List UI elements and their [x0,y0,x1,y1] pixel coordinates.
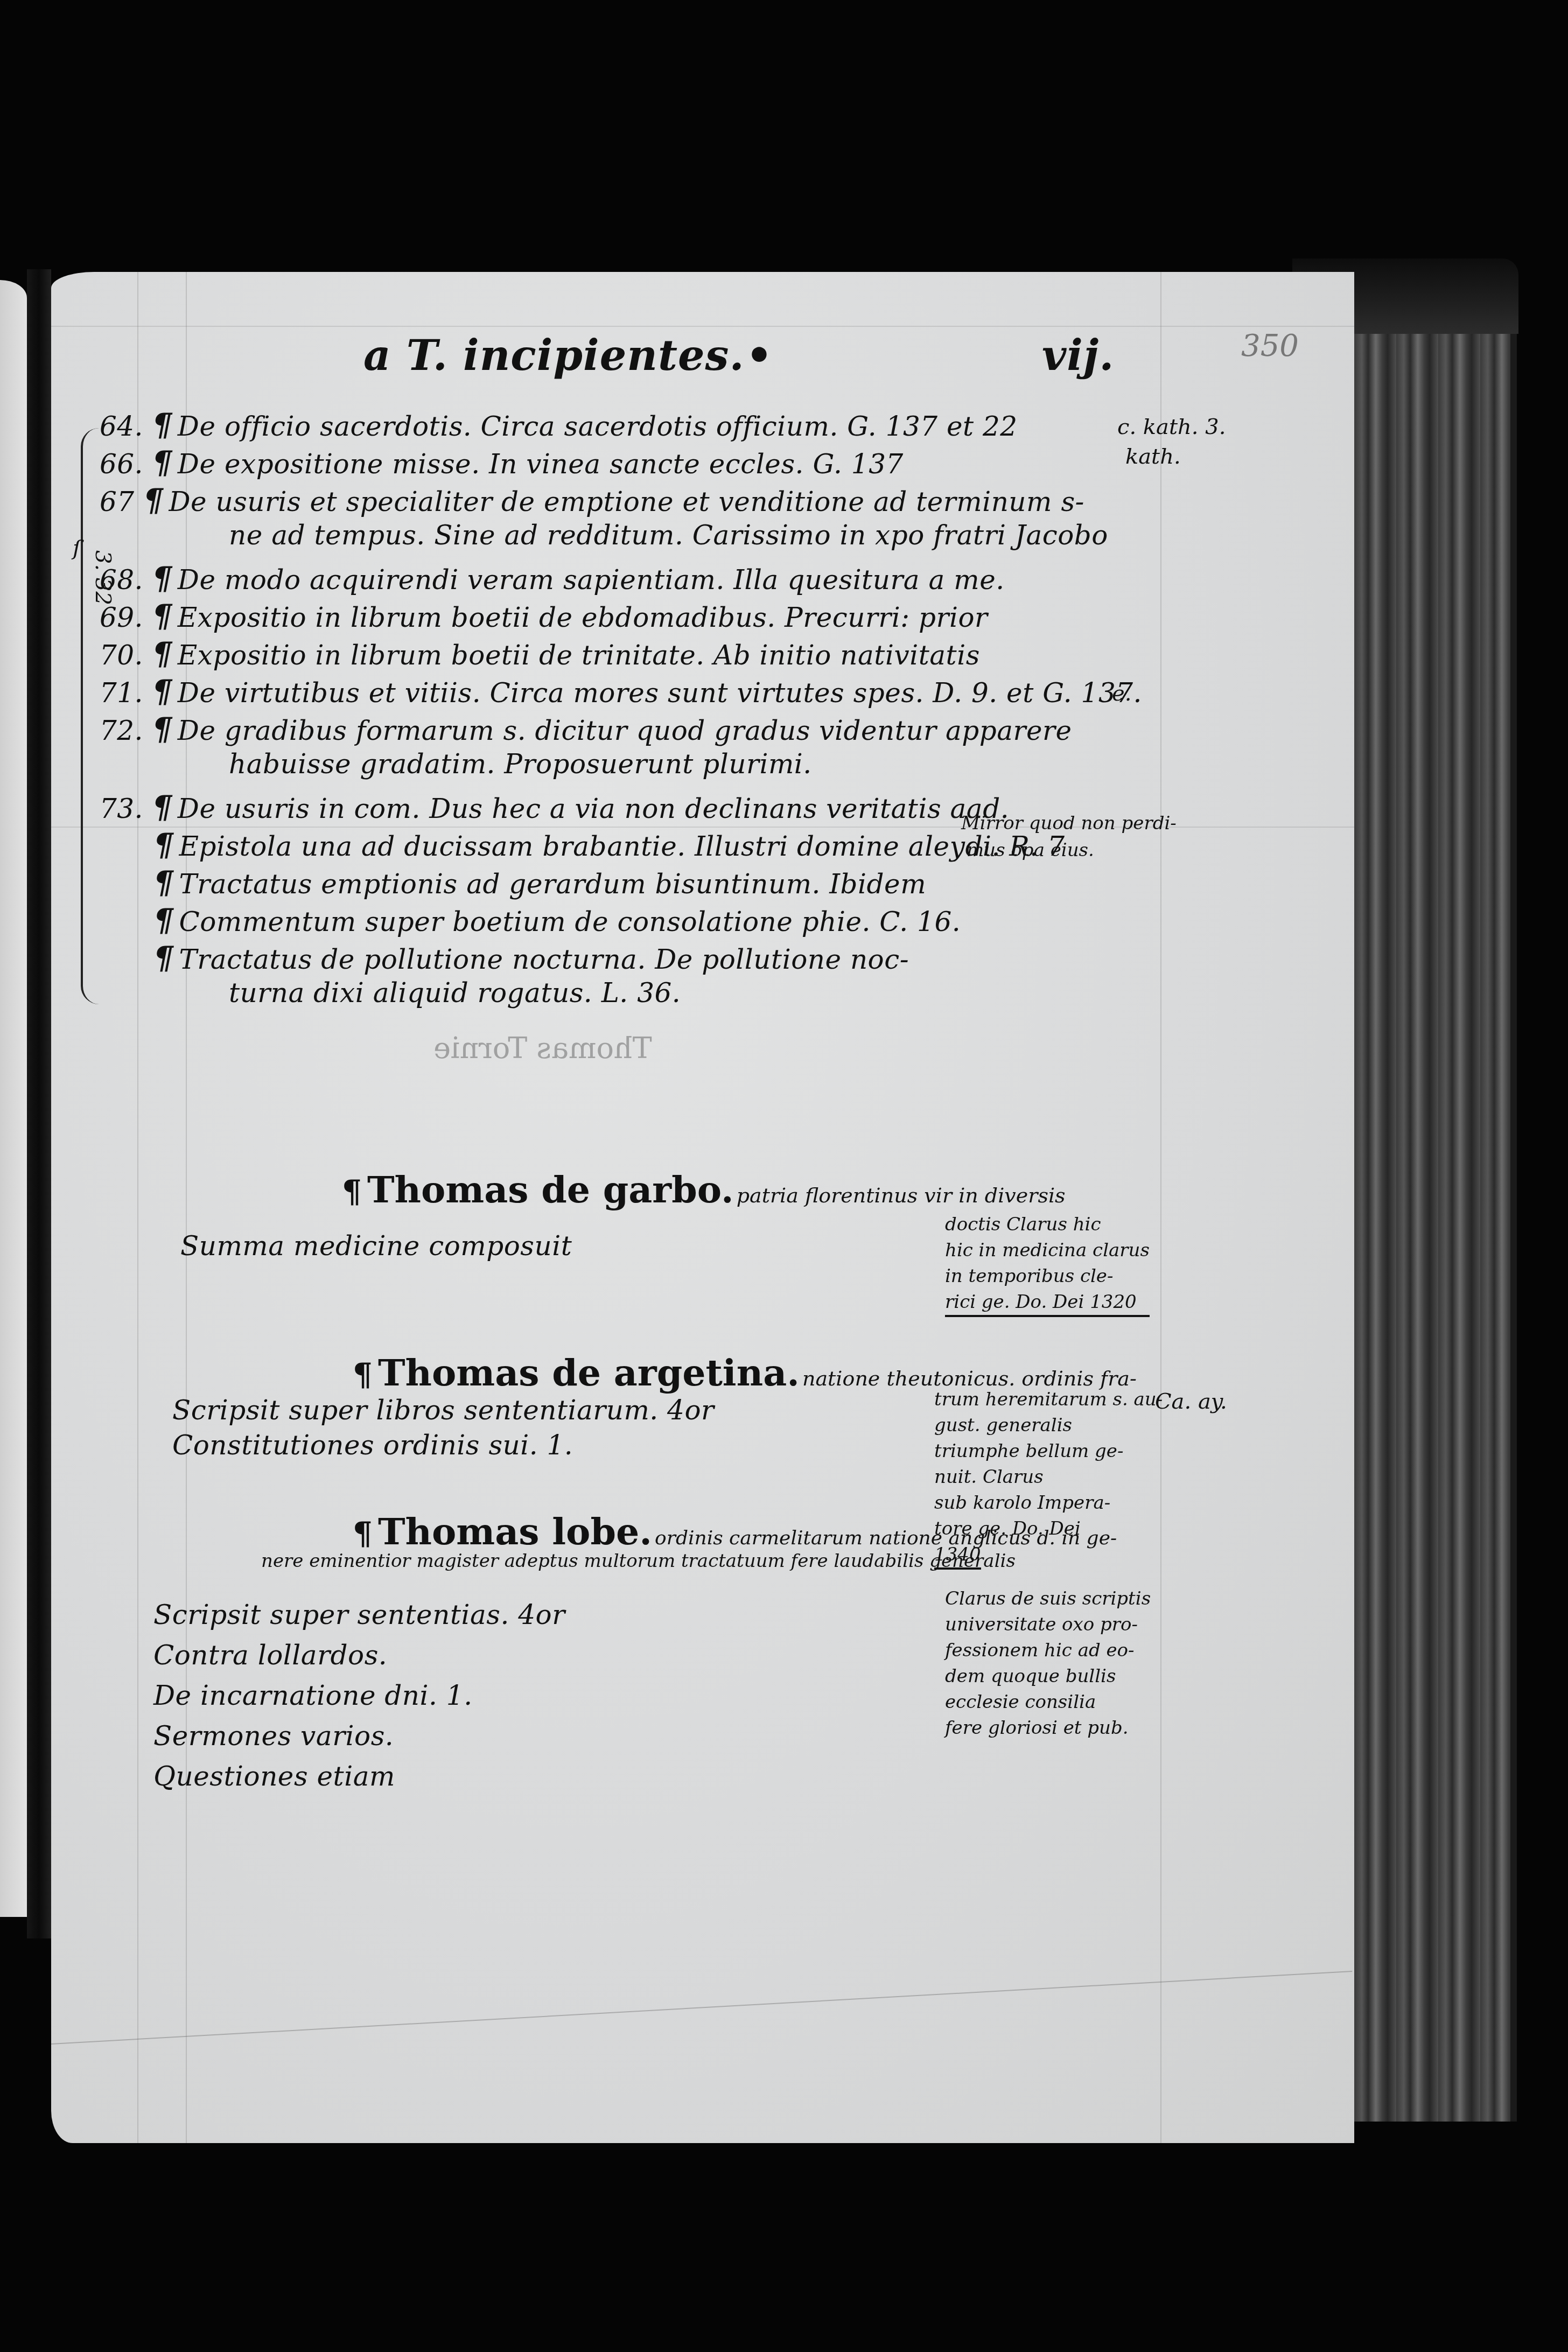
author-epithet: ordinis carmelitarum natione anglicus d.… [655,1527,1117,1549]
author-name: Thomas de argetina. [378,1352,800,1395]
pilcrow-icon: ¶ [153,940,173,976]
author-side-note: Clarus de suis scriptis universitate oxo… [945,1586,1151,1741]
work-line: Contra lollardos. [153,1640,387,1671]
work-line: Summa medicine composuit [180,1230,572,1262]
ruling-line [1160,272,1161,2143]
entry-text: Expositio in librum boetii de trinitate.… [178,640,980,671]
entry-text: turna dixi aliquid rogatus. L. 36. [229,977,681,1009]
running-title: a T. incipientes. [363,331,745,380]
entry-text: ne ad tempus. Sine ad redditum. Carissim… [229,520,1108,551]
entry-number: 69. [100,602,143,633]
entry-text: De modo acquirendi veram sapientiam. Ill… [178,564,1005,596]
entry-text: habuisse gradatim. Proposuerunt plurimi. [229,748,812,780]
entry-number: 72. [100,715,143,746]
author-side-note: doctis Clarus hic hic in medicina clarus… [945,1212,1150,1317]
pilcrow-icon: ¶ [143,482,163,519]
work-line: Scripsit super libros sententiarum. 4or [172,1395,714,1426]
work-line: Sermones varios. [153,1720,394,1752]
margin-note: Ca. ay. [1155,1389,1227,1414]
pilcrow-icon: ¶ [152,789,172,825]
entry-number: 70. [100,640,143,671]
note-line: dem quoque bullis [945,1663,1151,1689]
margin-note: c. kath. 3. [1117,415,1226,439]
entry-text: Expositio in librum boetii de ebdomadibu… [178,602,988,633]
pilcrow-icon: ¶ [153,902,173,939]
margin-mark: ſ [73,536,81,561]
entry-number: 67 [100,486,135,517]
pilcrow-icon: ¶ [152,444,172,481]
entry-text: Tractatus emptionis ad gerardum bisuntin… [179,869,926,900]
author-heading: ¶Thomas de garbo. patria florentinus vir… [342,1168,1066,1212]
pilcrow-icon: ¶ [353,1356,373,1393]
entry-number: 73. [100,793,143,824]
work-line: Scripsit super sententias. 4or [153,1599,565,1630]
margin-note: Mirror quod non perdi- [961,810,1177,836]
entry-line: ¶Commentum super boetium de consolatione… [153,902,961,939]
manuscript-page: a T. incipientes. • vij. 350 ſ 3. 32 64.… [51,272,1354,2143]
note-line: fessionem hic ad eo- [945,1637,1151,1663]
entry-line: ne ad tempus. Sine ad redditum. Carissim… [229,520,1108,551]
note-line: gust. generalis [934,1412,1163,1438]
author-heading: ¶Thomas lobe. ordinis carmelitarum natio… [353,1510,1117,1553]
author-epithet: patria florentinus vir in diversis [737,1184,1066,1207]
author-epithet-line2: nere eminentior magister adeptus multoru… [261,1548,1016,1574]
facing-page-edge [0,280,27,1917]
folio-roman: vij. [1042,331,1114,380]
entry-line: 66. ¶De expositione misse. In vinea sanc… [100,444,904,481]
pilcrow-icon: ¶ [153,827,173,863]
pilcrow-icon: ¶ [152,407,172,443]
pilcrow-icon: ¶ [152,711,172,747]
entry-text: Commentum super boetium de consolatione … [179,906,961,937]
work-line: De incarnatione dni. 1. [153,1680,473,1711]
margin-note: kath. [1125,444,1181,469]
note-line: triumphe bellum ge- [934,1438,1163,1464]
show-through-text: Thomas Tornie [433,1031,652,1065]
work-line: Questiones etiam [153,1761,395,1792]
entry-number: 68. [100,564,143,596]
pilcrow-icon: ¶ [153,864,173,901]
entry-line: 64. ¶De officio sacerdotis. Circa sacerd… [100,407,1018,443]
pilcrow-icon: ¶ [152,598,172,634]
note-line: hic in medicina clarus [945,1237,1150,1263]
note-line: Clarus de suis scriptis [945,1586,1151,1612]
book-fore-edge [1354,334,1517,2122]
entry-number: 71. [100,677,143,709]
margin-bracket [81,428,99,1004]
note-line: in temporibus cle- [945,1263,1150,1289]
entry-text: De usuris in com. Dus hec a via non decl… [178,793,1009,824]
entry-text: De virtutibus et vitiis. Circa mores sun… [178,677,1142,709]
entry-text: De officio sacerdotis. Circa sacerdotis … [178,411,1018,442]
book-gutter [27,269,51,1938]
ruling-line [186,272,187,2143]
entry-line: 68. ¶De modo acquirendi veram sapientiam… [100,560,1005,597]
page-crease [51,1971,1352,2045]
entry-number: 66. [100,449,143,480]
pilcrow-icon: ¶ [152,635,172,672]
entry-line: ¶Epistola una ad ducissam brabantie. Ill… [153,827,1065,863]
entry-text: De usuris et specialiter de emptione et … [169,486,1084,517]
folio-arabic: 350 [1241,328,1299,363]
entry-line: 69. ¶Expositio in librum boetii de ebdom… [100,598,988,634]
entry-text: De gradibus formarum s. dicitur quod gra… [178,715,1072,746]
pilcrow-icon: ¶ [152,560,172,597]
entry-line: 72. ¶De gradibus formarum s. dicitur quo… [100,711,1072,747]
entry-line: turna dixi aliquid rogatus. L. 36. [229,977,681,1009]
entry-line: 70. ¶Expositio in librum boetii de trini… [100,635,980,672]
pilcrow-icon: ¶ [353,1515,373,1552]
note-line: fere gloriosi et pub. [945,1715,1151,1741]
entry-text: De expositione misse. In vinea sancte ec… [178,449,904,480]
gathering-mark: • [746,331,773,380]
ruling-line [137,272,138,2143]
entry-line: ¶Tractatus de pollutione nocturna. De po… [153,940,909,976]
entry-line: habuisse gradatim. Proposuerunt plurimi. [229,748,812,780]
margin-note: e. [1112,681,1131,706]
entry-line: ¶Tractatus emptionis ad gerardum bisunti… [153,864,926,901]
entry-number: 64. [100,411,143,442]
entry-line: 73. ¶De usuris in com. Dus hec a via non… [100,789,1009,825]
entry-text: Epistola una ad ducissam brabantie. Illu… [179,831,1065,862]
pilcrow-icon: ¶ [152,673,172,710]
note-line: trum heremitarum s. au- [934,1387,1163,1412]
entry-line: 71. ¶De virtutibus et vitiis. Circa more… [100,673,1142,710]
entry-text: Tractatus de pollutione nocturna. De pol… [179,944,909,975]
note-line: rici ge. Do. Dei 1320 [945,1289,1150,1317]
note-line: nuit. Clarus [934,1464,1163,1490]
ruling-line [51,326,1354,327]
margin-note: mus opa eius. [967,837,1094,863]
author-name: Thomas de garbo. [367,1168,734,1212]
pilcrow-icon: ¶ [342,1173,362,1210]
work-line: Constitutiones ordinis sui. 1. [172,1430,573,1461]
entry-line: 67 ¶De usuris et specialiter de emptione… [100,482,1084,519]
note-line: ecclesie consilia [945,1689,1151,1715]
note-line: doctis Clarus hic [945,1212,1150,1237]
note-line: universitate oxo pro- [945,1612,1151,1637]
author-name: Thomas lobe. [378,1510,652,1553]
